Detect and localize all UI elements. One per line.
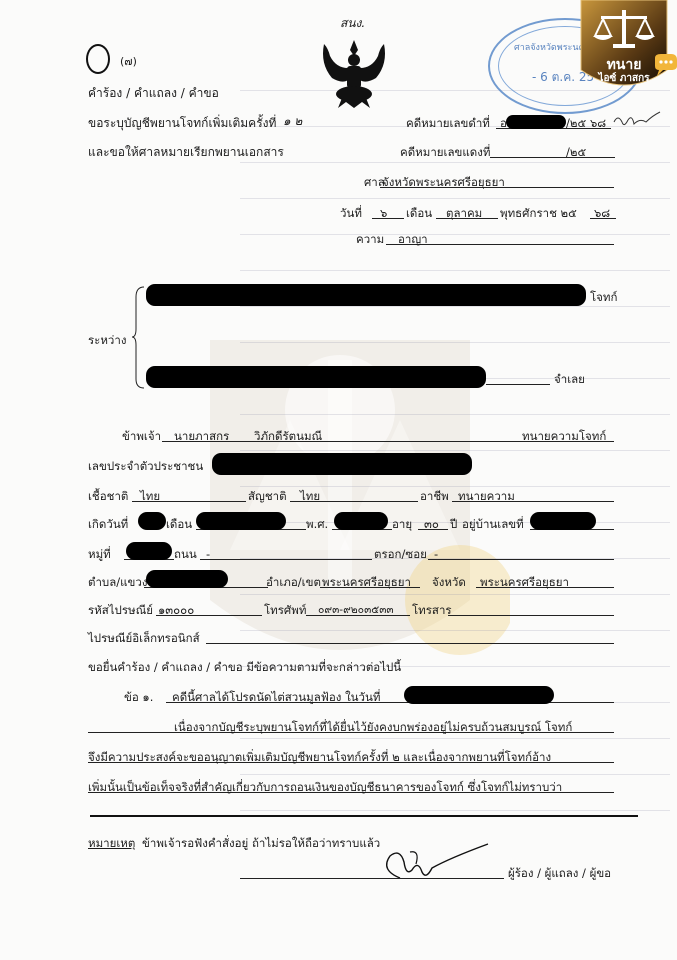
fax-label: โทรสาร: [412, 603, 452, 617]
age-value: ๓๐: [424, 517, 439, 531]
district-label: อำเภอ/เขต: [266, 575, 321, 589]
redaction-hearing-date: [404, 686, 554, 704]
item-number: ข้อ ๑.: [124, 690, 153, 704]
ethnicity-label: เชื้อชาติ: [88, 489, 128, 503]
district-value: พระนครศรีอยุธยา: [322, 575, 411, 589]
phone-label: โทรศัพท์: [264, 603, 306, 617]
applicant-role: ทนายความโจทก์: [522, 429, 606, 443]
item-line-4: เพิ่มนั้นเป็นข้อเท็จจริงที่สำคัญเกี่ยวกั…: [88, 780, 562, 794]
section-divider: [90, 815, 638, 817]
buddhist-year-value: ๖๘: [594, 206, 610, 220]
item-line-1: คดีนี้ศาลได้โปรดนัดไต่สวนมูลฟ้อง ในวันที…: [172, 690, 380, 704]
handwritten-office-note: สนง.: [340, 16, 365, 30]
redaction-house-number: [530, 512, 596, 530]
month-value: ตุลาคม: [446, 206, 482, 220]
occupation-value: ทนายความ: [458, 489, 515, 503]
postcode-value: ๑๓๐๐๐: [158, 603, 194, 617]
black-case-year: ๖๘: [590, 116, 606, 130]
ethnicity-value: ไทย: [140, 489, 160, 503]
black-case-suffix: /๒๕: [566, 116, 586, 130]
redaction-black-case-number: [506, 115, 566, 129]
item-line-3: จึงมีความประสงค์จะขออนุญาตเพิ่มเติมบัญชี…: [88, 750, 551, 764]
phone-value: ๐๙๓-๙๒๐๓๕๓๓: [318, 603, 394, 617]
road-value: -: [206, 547, 210, 561]
applicant-label: ข้าพเจ้า: [122, 429, 161, 443]
form-type-title: คำร้อง / คำแถลง / คำขอ: [88, 86, 219, 100]
birth-year-label: พ.ศ.: [306, 517, 328, 531]
subject-line-2: และขอให้ศาลหมายเรียกพยานเอกสาร: [88, 145, 284, 159]
petition-intro: ขอยื่นคำร้อง / คำแถลง / คำขอ มีข้อความตา…: [88, 660, 401, 674]
occupation-label: อาชีพ: [420, 489, 449, 503]
note-text: ข้าพเจ้ารอฟังคำสั่งอยู่ ถ้าไม่รอให้ถือว่…: [142, 836, 380, 850]
province-label: จังหวัด: [432, 575, 466, 589]
parties-brace-icon: [132, 285, 146, 390]
soi-value: -: [434, 547, 438, 561]
signature-icon: [360, 840, 490, 886]
day-value: ๖: [380, 206, 387, 220]
birth-month-label: เดือน: [166, 517, 192, 531]
black-case-label: คดีหมายเลขดำที่: [406, 116, 490, 130]
postcode-label: รหัสไปรษณีย์: [88, 603, 153, 617]
signer-role: ผู้ร้อง / ผู้แถลง / ผู้ขอ: [508, 866, 611, 880]
lawyer-brand-logo: ทนาย ไอซ์ ภาสกร: [579, 0, 669, 96]
redaction-national-id: [212, 453, 472, 475]
garuda-emblem-icon: [318, 34, 390, 108]
redaction-birth-day: [138, 512, 166, 530]
month-label: เดือน: [406, 206, 432, 220]
court-name: จังหวัดพระนครศรีอยุธยา: [382, 175, 505, 189]
form-circle-mark: [86, 44, 110, 74]
nationality-value: ไทย: [300, 489, 320, 503]
subdistrict-label: ตำบล/แขวง: [88, 575, 148, 589]
age-label: อายุ: [392, 517, 412, 531]
applicant-last-name: วิภักดีรัตนมณี: [254, 429, 322, 443]
red-case-suffix: /๒๕: [566, 145, 586, 159]
defendant-label: จำเลย: [554, 372, 585, 386]
day-label: วันที่: [340, 206, 362, 220]
road-label: ถนน: [174, 547, 197, 561]
house-number-label: อยู่บ้านเลขที่: [462, 517, 524, 531]
handwritten-initials-icon: [612, 108, 662, 130]
item-line-2: เนื่องจากบัญชีระบุพยานโจทก์ที่ได้ยื่นไว้…: [174, 720, 572, 734]
birth-day-label: เกิดวันที่: [88, 517, 128, 531]
form-number: (๗): [120, 55, 137, 69]
age-unit: ปี: [450, 517, 457, 531]
chat-bubble-icon: [653, 54, 677, 76]
email-label: ไปรษณีย์อิเล็กทรอนิกส์: [88, 631, 200, 645]
applicant-first-name: นายภาสกร: [174, 429, 229, 443]
nationality-label: สัญชาติ: [248, 489, 287, 503]
redaction-birth-year: [334, 512, 388, 530]
case-type-value: อาญา: [398, 232, 428, 246]
note-label: หมายเหตุ: [88, 836, 135, 850]
redaction-birth-month: [196, 512, 286, 530]
red-case-label: คดีหมายเลขแดงที่: [400, 145, 490, 159]
between-label: ระหว่าง: [88, 333, 126, 347]
case-type-label: ความ: [356, 232, 384, 246]
subject-line-1: ขอระบุบัญชีพยานโจทก์เพิ่มเติมครั้งที่: [88, 116, 276, 130]
redaction-plaintiff-name: [146, 284, 586, 306]
soi-label: ตรอก/ซอย: [374, 547, 427, 561]
watermark-logo-icon: [170, 300, 510, 720]
redaction-moo: [126, 542, 172, 560]
national-id-label: เลขประจำตัวประชาชน: [88, 459, 203, 473]
moo-label: หมู่ที่: [88, 547, 111, 561]
subject-amendment-number: ๑ ๒: [283, 114, 302, 128]
petition-form-page: (๗) คำร้อง / คำแถลง / คำขอ สนง. ขอระบุบั…: [0, 0, 677, 960]
plaintiff-label: โจทก์: [590, 290, 617, 304]
redaction-defendant-name: [146, 366, 486, 388]
redaction-subdistrict: [146, 570, 228, 588]
province-value: พระนครศรีอยุธยา: [480, 575, 569, 589]
buddhist-year-label: พุทธศักราช ๒๕: [500, 206, 577, 220]
